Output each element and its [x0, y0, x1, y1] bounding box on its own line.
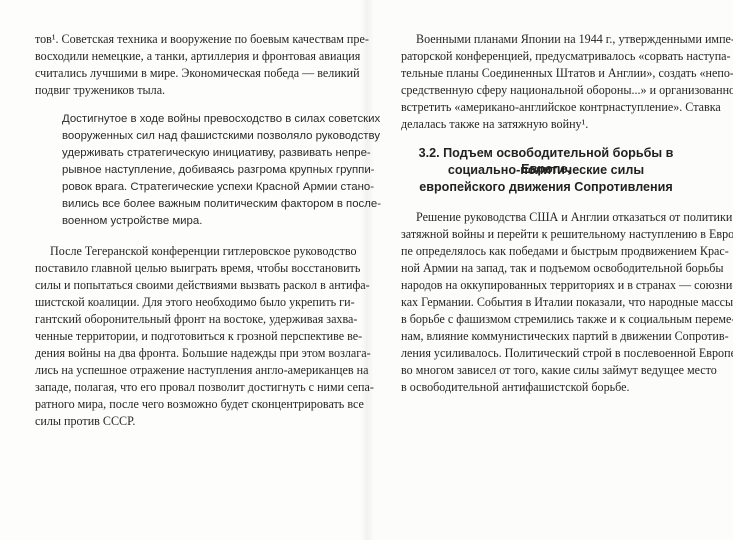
text-line: западе, полагая, что его провал позволит… — [35, 380, 331, 395]
text-line: затяжной войны и перейти к решительному … — [401, 227, 698, 242]
text-line: силы и попытаться своими действиями вызв… — [35, 278, 331, 293]
text-line: в борьбе с фашизмом стремились также и к… — [401, 312, 698, 327]
text-line: в освободительной антифашистской борьбе. — [401, 380, 630, 395]
callout-line: Достигнутое в ходе войны превосходство в… — [62, 112, 330, 127]
text-line: ках Германии. События в Италии показали,… — [401, 295, 698, 310]
text-line: во многом зависел от того, какие силы за… — [401, 363, 698, 378]
callout-line: военном устройстве мира. — [62, 214, 202, 229]
text-line: дения войны на два фронта. Большие надеж… — [35, 346, 331, 361]
text-line: нам, влияние коммунистических партий в д… — [401, 329, 698, 344]
text-line: ченные территории, и подготовиться к гро… — [35, 329, 331, 344]
text-line: ления усиливалось. Политический строй в … — [401, 346, 698, 361]
text-line: Решение руководства США и Англии отказат… — [416, 210, 698, 225]
text-line: силы против СССР. — [35, 414, 135, 429]
text-line: шистской коалиции. Для этого необходимо … — [35, 295, 331, 310]
text-line: народов на оккупированных территориях и … — [401, 278, 698, 293]
text-line: лись на успешное отражение наступления а… — [35, 363, 331, 378]
text-line: После Тегеранской конференции гитлеровск… — [50, 244, 331, 259]
text-line: делалась также на затяжную войну¹. — [401, 117, 588, 132]
text-line: средственную сферу национальной обороны.… — [401, 83, 698, 98]
text-line: гантский оборонительный фронт на востоке… — [35, 312, 331, 327]
text-line: ной Армии на запад, так и подъемом освоб… — [401, 261, 698, 276]
callout-line: удерживать стратегическую инициативу, ра… — [62, 146, 330, 161]
text-line: считались лучшими в мире. Экономическая … — [35, 66, 331, 81]
text-line: подвиг тружеников тыла. — [35, 83, 165, 98]
callout-line: вооруженных сил над фашистскими позволял… — [62, 129, 330, 144]
text-line: восходили немецкие, а танки, артиллерия … — [35, 49, 331, 64]
text-line: тельные планы Соединенных Штатов и Англи… — [401, 66, 698, 81]
text-line: раторской конференцией, предусматривалос… — [401, 49, 698, 64]
section-heading-line: европейского движения Сопротивления — [396, 179, 696, 195]
text-line: Военными планами Японии на 1944 г., утве… — [416, 32, 698, 47]
book-spread: тов¹. Советская техника и вооружение по … — [0, 0, 733, 540]
callout-line: ровок врага. Стратегические успехи Красн… — [62, 180, 330, 195]
text-line: встретить «американо-английское контрнас… — [401, 100, 698, 115]
book-spine-gutter — [360, 0, 374, 540]
callout-line: вились все более важным политическим фак… — [62, 197, 330, 212]
callout-line: рывное наступление, добиваясь разгрома к… — [62, 163, 330, 178]
text-line: ратного мира, после чего возможно будет … — [35, 397, 331, 412]
section-heading-line: социально-политические силы — [396, 162, 696, 178]
text-line: тов¹. Советская техника и вооружение по … — [35, 32, 331, 47]
text-line: пе определялось как победами и быстрым п… — [401, 244, 698, 259]
text-line: поставило главной целью выиграть время, … — [35, 261, 331, 276]
